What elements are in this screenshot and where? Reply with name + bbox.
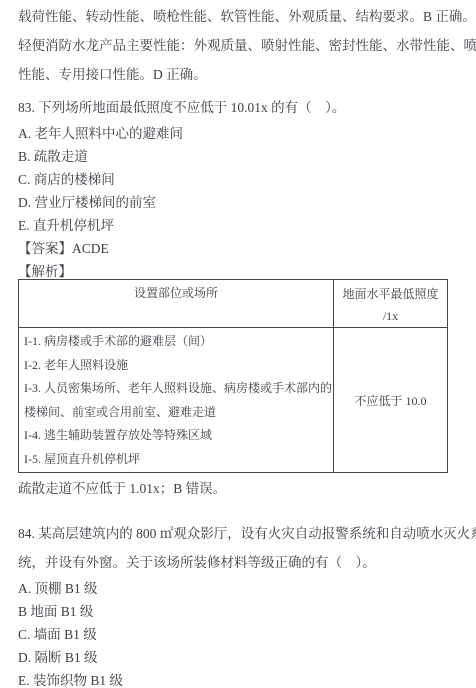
analysis-text-line: 轻便消防水龙产品主要性能：外观质量、喷射性能、密封性能、水带性能、喷枪 [18, 31, 466, 60]
question-83-option-b: B. 疏散走道 [18, 145, 466, 168]
table-location-line: I-1. 病房楼或手术部的避难层（间） [24, 330, 331, 354]
table-header-illuminance-unit: /1x [334, 305, 447, 327]
table-cell-illuminance-value: 不应低于 10.0 [334, 328, 448, 473]
table-cell-locations: I-1. 病房楼或手术部的避难层（间） I-2. 老年人照料设施 I-3. 人员… [19, 328, 334, 473]
question-84-stem-line: 统，并设有外窗。关于该场所装修材料等级正确的有（ ）。 [18, 548, 466, 577]
illuminance-requirements-table: 设置部位或场所 地面水平最低照度 /1x I-1. 病房楼或手术部的避难层（间）… [18, 279, 448, 473]
question-83-option-d: D. 营业厅楼梯间的前室 [18, 191, 466, 214]
question-83-stem: 83. 下列场所地面最低照度不应低于 10.01x 的有（ ）。 [18, 93, 466, 122]
question-84: 84. 某高层建筑内的 800 ㎡观众影厅，设有火灾自动报警系统和自动喷水灭火系… [18, 519, 466, 688]
question-84-option-e: E. 装饰织物 B1 级 [18, 669, 466, 688]
document-page: 载荷性能、转动性能、喷枪性能、软管性能、外观质量、结构要求。B 正确。 轻便消防… [0, 0, 476, 688]
question-84-stem-line: 84. 某高层建筑内的 800 ㎡观众影厅，设有火灾自动报警系统和自动喷水灭火系 [18, 519, 466, 548]
question-83-option-c: C. 商店的楼梯间 [18, 168, 466, 191]
table-location-line: 楼梯间、前室或合用前室、避难走道 [24, 401, 331, 425]
question-83-option-e: E. 直升机停机坪 [18, 214, 466, 237]
table-location-line: I-2. 老年人照料设施 [24, 354, 331, 378]
analysis-text-line: 载荷性能、转动性能、喷枪性能、软管性能、外观质量、结构要求。B 正确。 [18, 2, 466, 31]
table-body-row: I-1. 病房楼或手术部的避难层（间） I-2. 老年人照料设施 I-3. 人员… [19, 328, 448, 473]
table-header-row: 设置部位或场所 地面水平最低照度 /1x [19, 280, 448, 328]
table-location-line: I-3. 人员密集场所、老年人照料设施、病房楼或手术部内的 [24, 377, 331, 401]
table-header-location: 设置部位或场所 [19, 280, 334, 328]
question-84-option-d: D. 隔断 B1 级 [18, 646, 466, 669]
question-84-option-c: C. 墙面 B1 级 [18, 623, 466, 646]
table-location-line: I-4. 逃生辅助装置存放处等特殊区域 [24, 424, 331, 448]
question-83-analysis-note: 疏散走道不应低于 1.01x；B 错误。 [18, 477, 466, 500]
analysis-text-line: 性能、专用接口性能。D 正确。 [18, 60, 466, 89]
question-83: 83. 下列场所地面最低照度不应低于 10.01x 的有（ ）。 A. 老年人照… [18, 93, 466, 500]
table-header-illuminance-text: 地面水平最低照度 [334, 283, 447, 305]
question-83-option-a: A. 老年人照料中心的避难间 [18, 122, 466, 145]
table-header-illuminance: 地面水平最低照度 /1x [334, 280, 448, 328]
previous-question-analysis: 载荷性能、转动性能、喷枪性能、软管性能、外观质量、结构要求。B 正确。 轻便消防… [18, 2, 466, 89]
table-location-line: I-5. 屋顶直升机停机坪 [24, 448, 331, 472]
question-83-answer: 【答案】ACDE [18, 237, 466, 260]
question-84-option-a: A. 顶棚 B1 级 [18, 577, 466, 600]
question-84-option-b: B 地面 B1 级 [18, 600, 466, 623]
